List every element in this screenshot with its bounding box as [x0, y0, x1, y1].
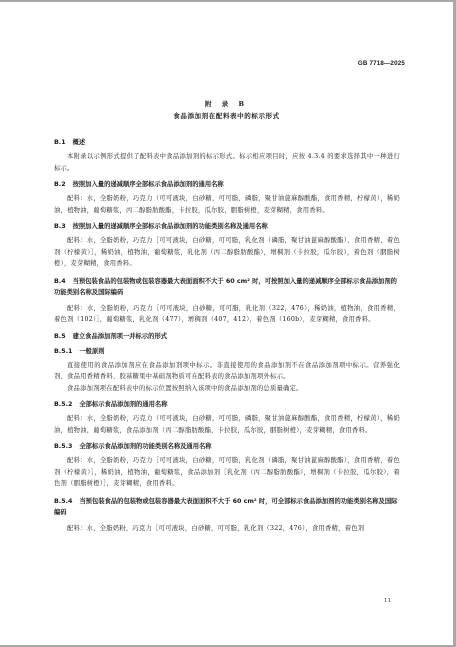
paragraph: 食品添加剂项在配料表中的标示位置按照纳入该项中的食品添加剂的总质量确定。: [54, 383, 400, 395]
page-number: 11: [384, 598, 391, 604]
paragraph: 配料：水，全脂奶粉，巧克力［可可液块，白砂糖，可可脂，乳化剂（322，476），…: [54, 303, 400, 326]
annex-subtitle: 食品添加剂在配料表中的标示形式: [0, 111, 453, 120]
section-heading: B.5.1一般原则: [54, 347, 400, 356]
section-b2: B.2按照加入量的递减顺序全部标示食品添加剂的通用名称 配料：水，全脂奶粉，巧克…: [54, 180, 400, 216]
document-page: GB 7718—2025 附 录 B 食品添加剂在配料表中的标示形式 B.1概述…: [0, 2, 453, 645]
section-heading: B.4当预包装食品的包装物或包装容器最大表面面积不大于 60 cm² 时，可按照…: [54, 276, 400, 299]
section-b5-2: B.5.2全部标示食品添加剂的通用名称 配料：水，全脂奶粉，巧克力（可可液块，白…: [54, 400, 400, 436]
section-b5-4: B.5.4当预包装食品的包装物或包装容器最大表面面积不大于 60 cm² 时，可…: [54, 496, 400, 535]
section-heading: B.3按照加入量的递减顺序全部标示食品添加剂的功能类别名称及通用名称: [54, 222, 400, 231]
section-b5: B.5建立食品添加剂项一并标示的形式: [54, 332, 400, 341]
paragraph: 配料：水，全脂奶粉，巧克力［可可液块，白砂糖，可可脂，乳化剂（322，476），…: [54, 523, 400, 535]
section-b3: B.3按照加入量的递减顺序全部标示食品添加剂的功能类别名称及通用名称 配料：水，…: [54, 222, 400, 270]
section-heading: B.2按照加入量的递减顺序全部标示食品添加剂的通用名称: [54, 180, 400, 189]
section-heading: B.5.3全部标示食品添加剂的功能类别名称及通用名称: [54, 442, 400, 451]
paragraph: 配料：水，全脂奶粉，巧克力［可可液块，白砂糖，可可脂，乳化剂（磷脂，聚甘油蓖麻醇…: [54, 235, 400, 270]
document-body: B.1概述 本附录以示例形式提供了配料表中食品添加剂的标示形式。标示相应项目时，…: [54, 138, 400, 534]
paragraph: 配料：水，全脂奶粉，巧克力［可可液块，白砂糖，可可脂，乳化剂（磷脂，聚甘油蓖麻醇…: [54, 455, 400, 490]
section-heading: B.5建立食品添加剂项一并标示的形式: [54, 332, 400, 341]
section-b5-3: B.5.3全部标示食品添加剂的功能类别名称及通用名称 配料：水，全脂奶粉，巧克力…: [54, 442, 400, 490]
section-heading: B.5.2全部标示食品添加剂的通用名称: [54, 400, 400, 409]
section-b4: B.4当预包装食品的包装物或包装容器最大表面面积不大于 60 cm² 时，可按照…: [54, 276, 400, 326]
paragraph: 配料：水，全脂奶粉，巧克力（可可液块，白砂糖，可可脂，磷脂，聚甘油蓖麻醇酸酯，食…: [54, 413, 400, 436]
standard-code: GB 7718—2025: [358, 60, 405, 67]
paragraph: 配料：水，全脂奶粉，巧克力（可可液块，白砂糖，可可脂，磷脂，聚甘油蓖麻醇酸酯，食…: [54, 193, 400, 216]
annex-title: 附 录 B: [0, 99, 453, 108]
section-b1: B.1概述 本附录以示例形式提供了配料表中食品添加剂的标示形式。标示相应项目时，…: [54, 138, 400, 174]
section-heading: B.5.4当预包装食品的包装物或包装容器最大表面面积不大于 60 cm² 时，可…: [54, 496, 400, 519]
paragraph: 本附录以示例形式提供了配料表中食品添加剂的标示形式。标示相应项目时，应按 4.3…: [54, 151, 400, 174]
section-heading: B.1概述: [54, 138, 400, 147]
paragraph: 直接使用的食品添加剂应在食品添加剂项中标示。非直接使用的食品添加剂不在食品添加剂…: [54, 360, 400, 383]
section-b5-1: B.5.1一般原则 直接使用的食品添加剂应在食品添加剂项中标示。非直接使用的食品…: [54, 347, 400, 395]
